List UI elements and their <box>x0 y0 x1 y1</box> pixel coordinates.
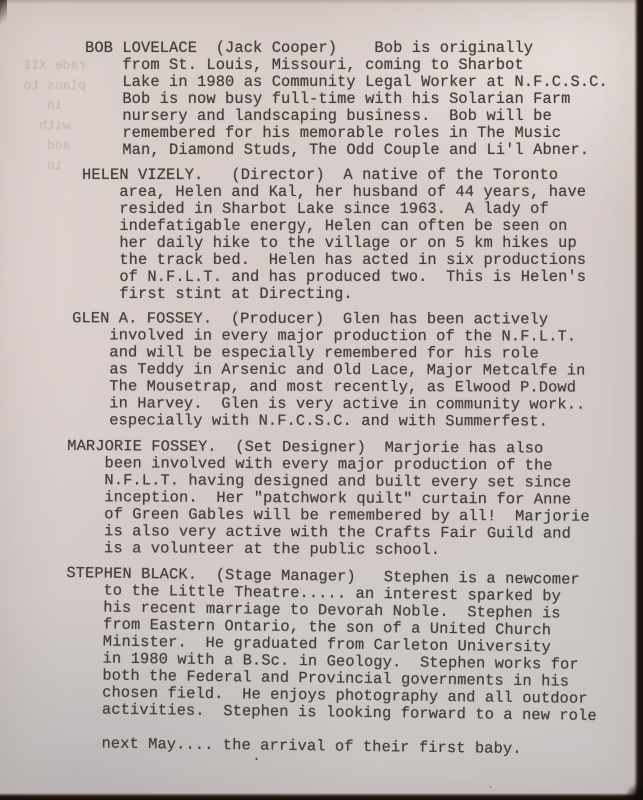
bio-paragraph-helen-vizely: HELEN VIZELY. (Director) A native of the… <box>82 167 643 303</box>
bio-paragraph-marjorie-fossey: MARJORIE FOSSEY. (Set Designer) Marjorie… <box>67 438 643 560</box>
stray-period-mark: . <box>252 748 261 765</box>
typed-page-content: BOB LOVELACE (Jack Cooper) Bob is origin… <box>0 0 643 800</box>
photo-edge-top-left <box>0 0 7 26</box>
bio-paragraph-stephen-black: STEPHEN BLACK. (Stage Manager) Stephen i… <box>64 565 643 760</box>
photo-edge-bottom-right <box>625 782 643 800</box>
photo-edge-right <box>634 0 643 800</box>
bio-paragraph-bob-lovelace: BOB LOVELACE (Jack Cooper) Bob is origin… <box>85 40 643 159</box>
photo-edge-bottom <box>0 793 643 800</box>
paper-speck-mark: . <box>487 778 494 792</box>
bio-paragraph-glen-fossey: GLEN A. FOSSEY. (Producer) Glen has been… <box>72 310 643 430</box>
photo-of-document: rade XII plans to in with and in BOB LOV… <box>0 0 643 800</box>
